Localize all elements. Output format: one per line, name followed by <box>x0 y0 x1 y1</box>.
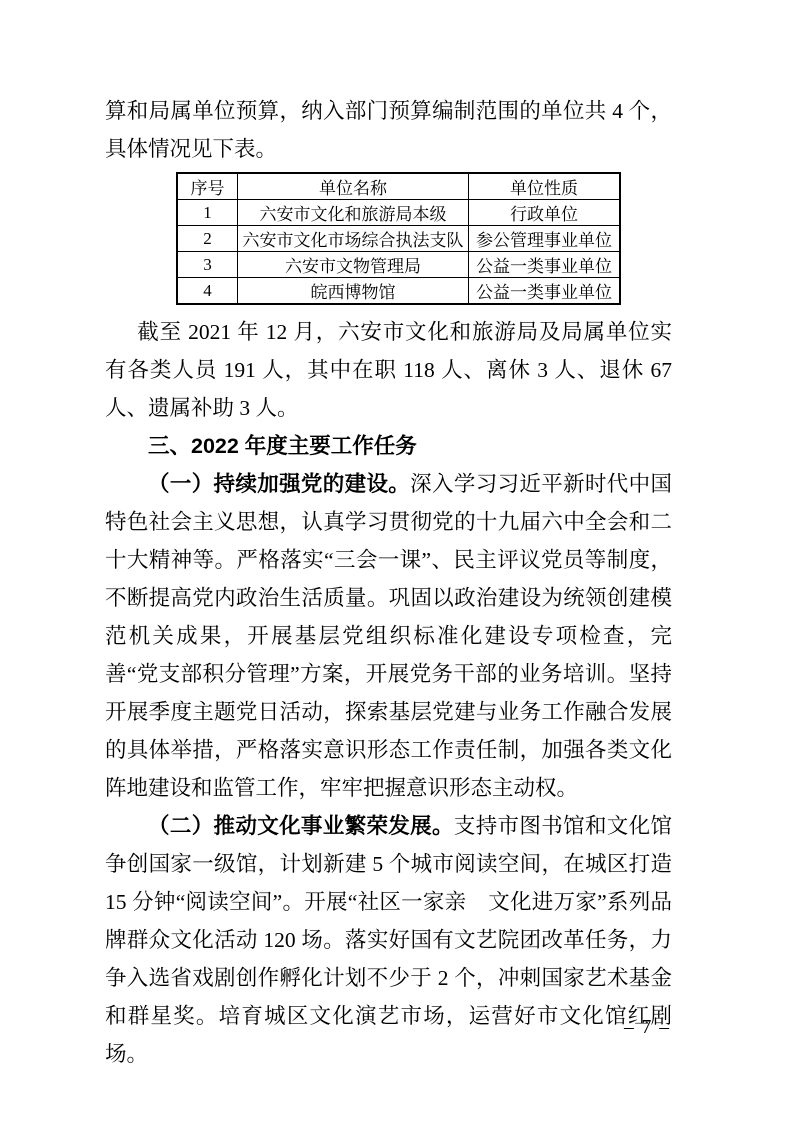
table-cell-unit-type: 公益一类事业单位 <box>469 252 621 278</box>
table-cell-unit-type: 公益一类事业单位 <box>469 278 621 305</box>
table-cell-index: 1 <box>177 200 238 226</box>
table-cell-unit-name: 皖西博物馆 <box>238 278 469 305</box>
document-body: 算和局属单位预算，纳入部门预算编制范围的单位共 4 个，具体情况见下表。 序号 … <box>105 92 672 1073</box>
page-number: – 7 – <box>624 1017 671 1039</box>
subsection-1-title: （一）持续加强党的建设。 <box>148 472 410 496</box>
paragraph-staffing: 截至 2021 年 12 月，六安市文化和旅游局及局属单位实有各类人员 191 … <box>105 313 672 427</box>
paragraph-subsection-1: （一）持续加强党的建设。深入学习习近平新时代中国特色社会主义思想，认真学习贯彻党… <box>105 465 672 807</box>
table-row: 1 六安市文化和旅游局本级 行政单位 <box>177 200 620 226</box>
subsection-2-title: （二）推动文化事业繁荣发展。 <box>148 814 454 838</box>
table-cell-unit-type: 行政单位 <box>469 200 621 226</box>
table-cell-index: 2 <box>177 226 238 252</box>
budget-units-table: 序号 单位名称 单位性质 1 六安市文化和旅游局本级 行政单位 2 六安市文化市… <box>176 172 621 305</box>
table-cell-index: 4 <box>177 278 238 305</box>
table-header-row: 序号 单位名称 单位性质 <box>177 173 620 200</box>
table-cell-unit-name: 六安市文化和旅游局本级 <box>238 200 469 226</box>
column-header-unit-name: 单位名称 <box>238 173 469 200</box>
table-cell-index: 3 <box>177 252 238 278</box>
table-row: 2 六安市文化市场综合执法支队 参公管理事业单位 <box>177 226 620 252</box>
column-header-index: 序号 <box>177 173 238 200</box>
paragraph-subsection-2: （二）推动文化事业繁荣发展。支持市图书馆和文化馆争创国家一级馆，计划新建 5 个… <box>105 807 672 1073</box>
subsection-1-text: 深入学习习近平新时代中国特色社会主义思想，认真学习贯彻党的十九届六中全会和二十大… <box>105 472 672 800</box>
subsection-2-text: 支持市图书馆和文化馆争创国家一级馆，计划新建 5 个城市阅读空间，在城区打造 1… <box>105 814 672 1066</box>
table-row: 3 六安市文物管理局 公益一类事业单位 <box>177 252 620 278</box>
table-cell-unit-name: 六安市文物管理局 <box>238 252 469 278</box>
section-heading-2022-tasks: 三、2022 年度主要工作任务 <box>105 427 672 465</box>
paragraph-budget-continuation: 算和局属单位预算，纳入部门预算编制范围的单位共 4 个，具体情况见下表。 <box>105 92 672 168</box>
table-row: 4 皖西博物馆 公益一类事业单位 <box>177 278 620 305</box>
document-page: 算和局属单位预算，纳入部门预算编制范围的单位共 4 个，具体情况见下表。 序号 … <box>0 0 793 1122</box>
table-cell-unit-type: 参公管理事业单位 <box>469 226 621 252</box>
table-cell-unit-name: 六安市文化市场综合执法支队 <box>238 226 469 252</box>
column-header-unit-type: 单位性质 <box>469 173 621 200</box>
